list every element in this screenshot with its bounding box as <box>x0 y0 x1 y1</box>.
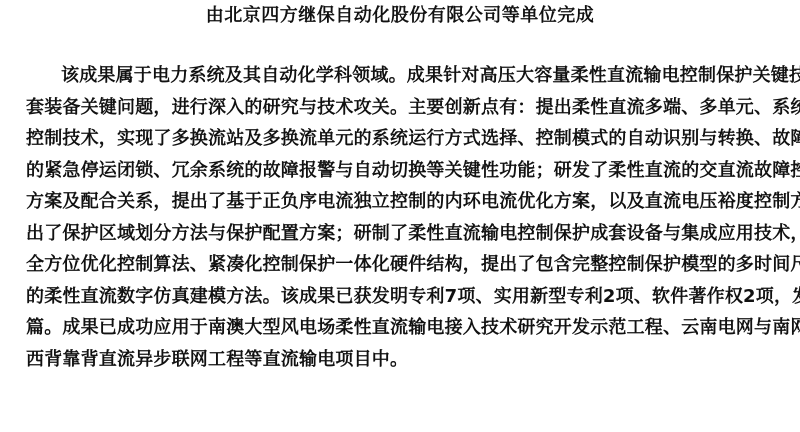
paragraph-line: 该成果属于电力系统及其自动化学科领域。成果针对高压大容量柔性直流输电控制保护关键… <box>26 62 778 94</box>
document-paragraph: 该成果属于电力系统及其自动化学科领域。成果针对高压大容量柔性直流输电控制保护关键… <box>26 62 778 377</box>
paragraph-line: 的柔性直流数字仿真建模方法。该成果已获发明专利7项、实用新型专利2项、软件著作权… <box>26 283 778 315</box>
paragraph-line: 全方位优化控制算法、紧凑化控制保护一体化硬件结构，提出了包含完整控制保护模型的多… <box>26 251 778 283</box>
paragraph-line: 方案及配合关系，提出了基于正负序电流独立控制的内环电流优化方案，以及直流电压裕度… <box>26 188 778 220</box>
document-title: 由北京四方继保自动化股份有限公司等单位完成 <box>0 5 800 27</box>
paragraph-line: 的紧急停运闭锁、冗余系统的故障报警与自动切换等关键性功能；研发了柔性直流的交直流… <box>26 157 778 189</box>
paragraph-line: 篇。成果已成功应用于南澳大型风电场柔性直流输电接入技术研究开发示范工程、云南电网… <box>26 314 778 346</box>
paragraph-line: 出了保护区域划分方法与保护配置方案；研制了柔性直流输电控制保护成套设备与集成应用… <box>26 220 778 252</box>
paragraph-line: 控制技术，实现了多换流站及多换流单元的系统运行方式选择、控制模式的自动识别与转换… <box>26 125 778 157</box>
paragraph-line: 西背靠背直流异步联网工程等直流输电项目中。 <box>26 346 778 378</box>
document-page: 由北京四方继保自动化股份有限公司等单位完成 该成果属于电力系统及其自动化学科领域… <box>0 0 800 432</box>
paragraph-line: 套装备关键问题，进行深入的研究与技术攻关。主要创新点有：提出柔性直流多端、多单元… <box>26 94 778 126</box>
